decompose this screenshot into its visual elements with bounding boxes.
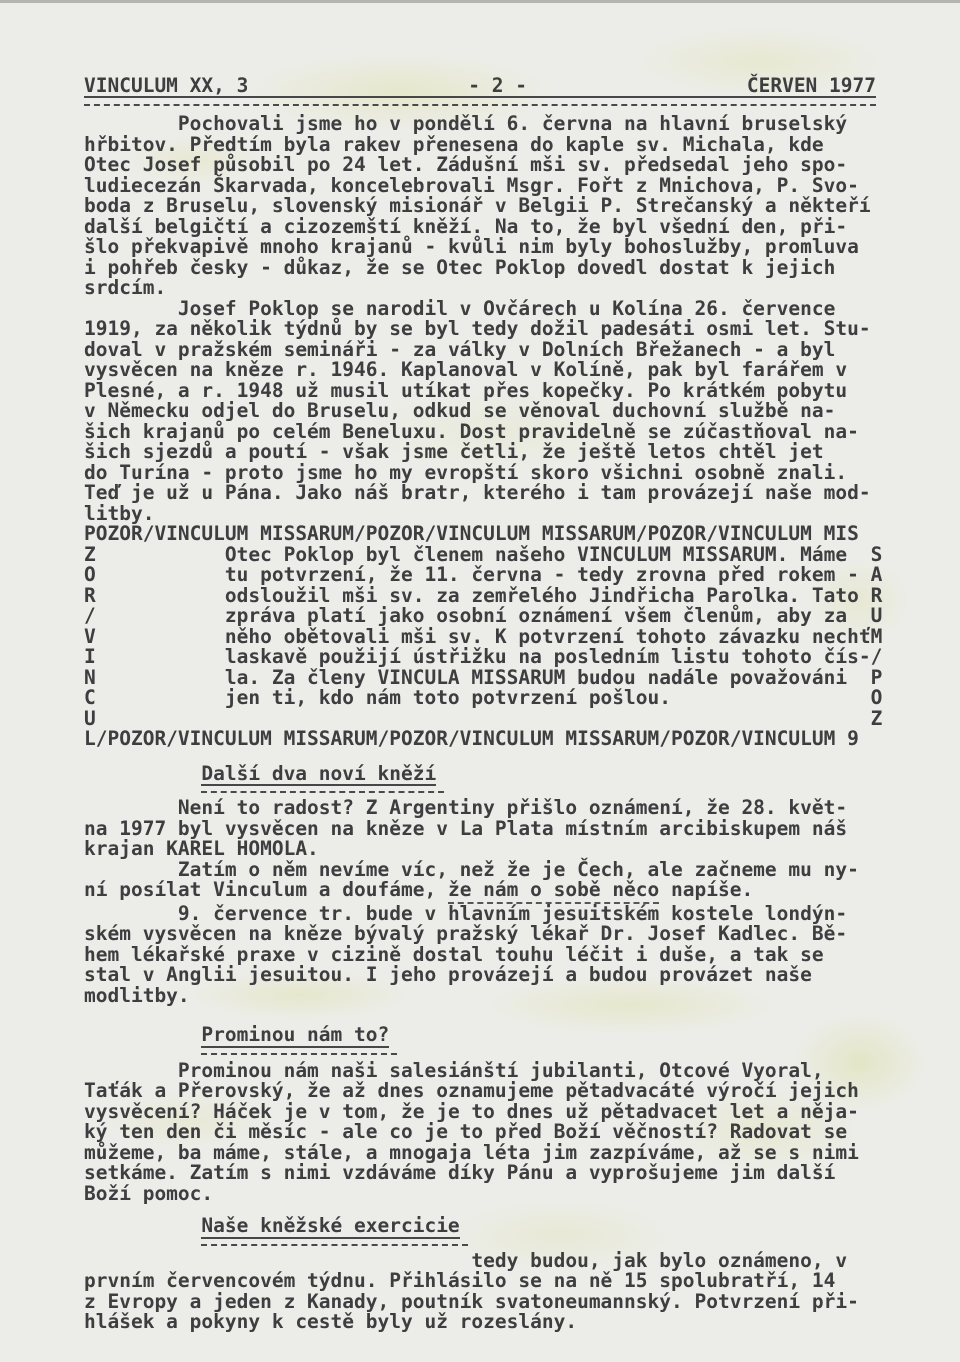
text-line: do Turína - proto jsme ho my evropští sk…	[84, 463, 876, 484]
heading-dashed-rule	[201, 1048, 397, 1055]
text-line-with-emphasis: ní posílat Vinculum a doufáme, že nám o …	[84, 880, 876, 901]
text-line: Není to radost? Z Argentiny přišlo oznám…	[84, 798, 876, 819]
page-number: - 2 -	[468, 76, 527, 97]
text-line: na 1977 byl vysvěcen na kněze v La Plata…	[84, 819, 876, 840]
text-line: stal v Anglii jesuitou. I jeho provázejí…	[84, 965, 876, 986]
frame-letter: /	[871, 647, 883, 668]
text-line: Boží pomoc.	[84, 1184, 876, 1205]
new-priests-paragraph: Není to radost? Z Argentiny přišlo oznám…	[84, 798, 876, 880]
frame-letter: C	[84, 688, 96, 709]
text-line: Otec Josef působil po 24 let. Zádušní mš…	[84, 155, 876, 176]
frame-left-column: ZOR/VINCU	[84, 545, 96, 730]
frame-letter: V	[84, 627, 96, 648]
kadlec-paragraph: 9. července tr. bude v hlavním jesuitské…	[84, 904, 876, 1007]
heading-dashed-rule	[201, 1239, 467, 1246]
text-line: doval v pražském semináři - za války v D…	[84, 340, 876, 361]
text-line: Plesné, a r. 1948 už musil utíkat přes k…	[84, 381, 876, 402]
text-line: boda z Bruselu, slovenský misionář v Bel…	[84, 196, 876, 217]
text-line: tu potvrzení, že 11. června - tedy zrovn…	[225, 565, 871, 586]
section-heading-forgive: Prominou nám to?	[201, 1025, 876, 1055]
text-line: laskavě použijí ústřižku na posledním li…	[225, 647, 871, 668]
frame-letter: R	[871, 586, 883, 607]
heading-wrap: Prominou nám to?	[201, 1025, 389, 1055]
frame-letter: Z	[871, 709, 883, 730]
newsletter-title: VINCULUM XX, 3	[84, 76, 248, 97]
text-line: Zatím o něm nevíme víc, než že je Čech, …	[84, 860, 876, 881]
text-line: Pochovali jsme ho v pondělí 6. června na…	[84, 114, 876, 135]
frame-letter: O	[84, 565, 96, 586]
vinculum-missarum-frame: POZOR/VINCULUM MISSARUM/POZOR/VINCULUM M…	[84, 524, 876, 750]
section-heading-exercises: Naše kněžské exercicie	[201, 1216, 876, 1246]
page-header: VINCULUM XX, 3 - 2 - ČERVEN 1977	[84, 74, 876, 98]
text-line: z Evropy a jeden z Kanady, poutník svato…	[84, 1292, 876, 1313]
exercises-paragraph: tedy budou, jak bylo oznámeno, vprvním č…	[84, 1251, 876, 1333]
text-line: odsloužil mši sv. za zemřelého Jindřicha…	[225, 586, 871, 607]
document-sheet: VINCULUM XX, 3 - 2 - ČERVEN 1977 Pochova…	[84, 0, 876, 1333]
text-line: tedy budou, jak bylo oznámeno, v	[84, 1251, 876, 1272]
frame-letter: Z	[84, 545, 96, 566]
text-line: jen ti, kdo nám toto potvrzení pošlou.	[225, 688, 871, 709]
text-line: setkáme. Zatím s nimi vzdáváme díky Pánu…	[84, 1163, 876, 1184]
frame-bottom-line: L/POZOR/VINCULUM MISSARUM/POZOR/VINCULUM…	[84, 729, 876, 750]
section-title: Naše kněžské exercicie	[201, 1216, 459, 1239]
heading-dashed-rule	[201, 786, 444, 793]
heading-wrap: Další dva noví kněží	[201, 764, 436, 794]
text-line: 1919, za několik týdnů by se byl tedy do…	[84, 319, 876, 340]
text-line: srdcím.	[84, 278, 876, 299]
frame-letter: R	[84, 586, 96, 607]
text-line: další belgičtí a cizozemští kněží. Na to…	[84, 217, 876, 238]
section-heading-new-priests: Další dva noví kněží	[201, 764, 876, 794]
text-line: hřbitov. Předtím byla rakev přenesena do…	[84, 135, 876, 156]
underlined-text-segment: že nám o sobě něco	[448, 878, 659, 904]
frame-letter: N	[84, 668, 96, 689]
frame-right-column: SARUM/POZ	[871, 545, 883, 730]
frame-letter: O	[871, 688, 883, 709]
frame-letter: I	[84, 647, 96, 668]
frame-letter: M	[871, 627, 883, 648]
section-title: Prominou nám to?	[201, 1025, 389, 1048]
text-line: Otec Poklop byl členem našeho VINCULUM M…	[225, 545, 871, 566]
text-line: ký ten den či měsíc - ale co je to před …	[84, 1122, 876, 1143]
forgive-paragraph: Prominou nám naši salesiánští jubilanti,…	[84, 1061, 876, 1205]
header-dashed-rule	[84, 98, 876, 106]
text-line: Teď je už u Pána. Jako náš bratr, kteréh…	[84, 483, 876, 504]
text-line: Taťák a Přerovský, že až dnes oznamujeme…	[84, 1081, 876, 1102]
frame-top-line: POZOR/VINCULUM MISSARUM/POZOR/VINCULUM M…	[84, 524, 876, 545]
text-line: vysvěcení? Háček je v tom, že je to dnes…	[84, 1102, 876, 1123]
frame-letter: A	[871, 565, 883, 586]
text-line: šich krajanů po celém Beneluxu. Dost pra…	[84, 422, 876, 443]
scanned-newsletter-page: { "header": { "left": "VINCULUM XX, 3", …	[0, 0, 960, 1362]
text-segment: napíše.	[659, 878, 753, 901]
text-line: něho obětovali mši sv. K potvrzení tohot…	[225, 627, 871, 648]
text-line: ském vysvěcen na kněze bývalý pražský lé…	[84, 924, 876, 945]
heading-wrap: Naše kněžské exercicie	[201, 1216, 459, 1246]
text-line: modlitby.	[84, 986, 876, 1007]
frame-letter: U	[84, 709, 96, 730]
text-line: ludiecezán Škarvada, koncelebrovali Msgr…	[84, 176, 876, 197]
text-line: krajan KAREL HOMOLA.	[84, 839, 876, 860]
funeral-paragraph: Pochovali jsme ho v pondělí 6. června na…	[84, 114, 876, 299]
text-line: hem lékařské praxe v cizině dostal touhu…	[84, 945, 876, 966]
frame-letter: P	[871, 668, 883, 689]
text-line: šich sjezdů a poutí - však jsme četli, ž…	[84, 442, 876, 463]
text-line: Josef Poklop se narodil v Ovčárech u Kol…	[84, 299, 876, 320]
issue-date: ČERVEN 1977	[747, 76, 876, 97]
text-segment: ní posílat Vinculum a doufáme,	[84, 878, 448, 901]
text-line: i pohřeb česky - důkaz, že se Otec Poklo…	[84, 258, 876, 279]
frame-inner-paragraph: Otec Poklop byl členem našeho VINCULUM M…	[225, 545, 871, 730]
text-line: prvním červencovém týdnu. Přihlásilo se …	[84, 1271, 876, 1292]
section-title: Další dva noví kněží	[201, 764, 436, 787]
frame-letter: /	[84, 606, 96, 627]
text-line: šlo překvapivě mnoho krajanů - kvůli nim…	[84, 237, 876, 258]
text-line: vysvěcen na kněze r. 1946. Kaplanoval v …	[84, 360, 876, 381]
text-line: zpráva platí jako osobní oznámení všem č…	[225, 606, 871, 627]
text-line: můžeme, ba máme, stále, a mnogaja léta j…	[84, 1143, 876, 1164]
text-line: Prominou nám naši salesiánští jubilanti,…	[84, 1061, 876, 1082]
text-line: la. Za členy VINCULA MISSARUM budou nadá…	[225, 668, 871, 689]
text-line: litby.	[84, 504, 876, 525]
text-line: hlášek a pokyny k cestě byly už rozeslán…	[84, 1312, 876, 1333]
frame-middle: ZOR/VINCU Otec Poklop byl členem našeho …	[84, 545, 876, 730]
text-line: v Německu odjel do Bruselu, odkud se věn…	[84, 401, 876, 422]
text-line: 9. července tr. bude v hlavním jesuitské…	[84, 904, 876, 925]
frame-letter: U	[871, 606, 883, 627]
frame-letter: S	[871, 545, 883, 566]
biography-paragraph: Josef Poklop se narodil v Ovčárech u Kol…	[84, 299, 876, 525]
